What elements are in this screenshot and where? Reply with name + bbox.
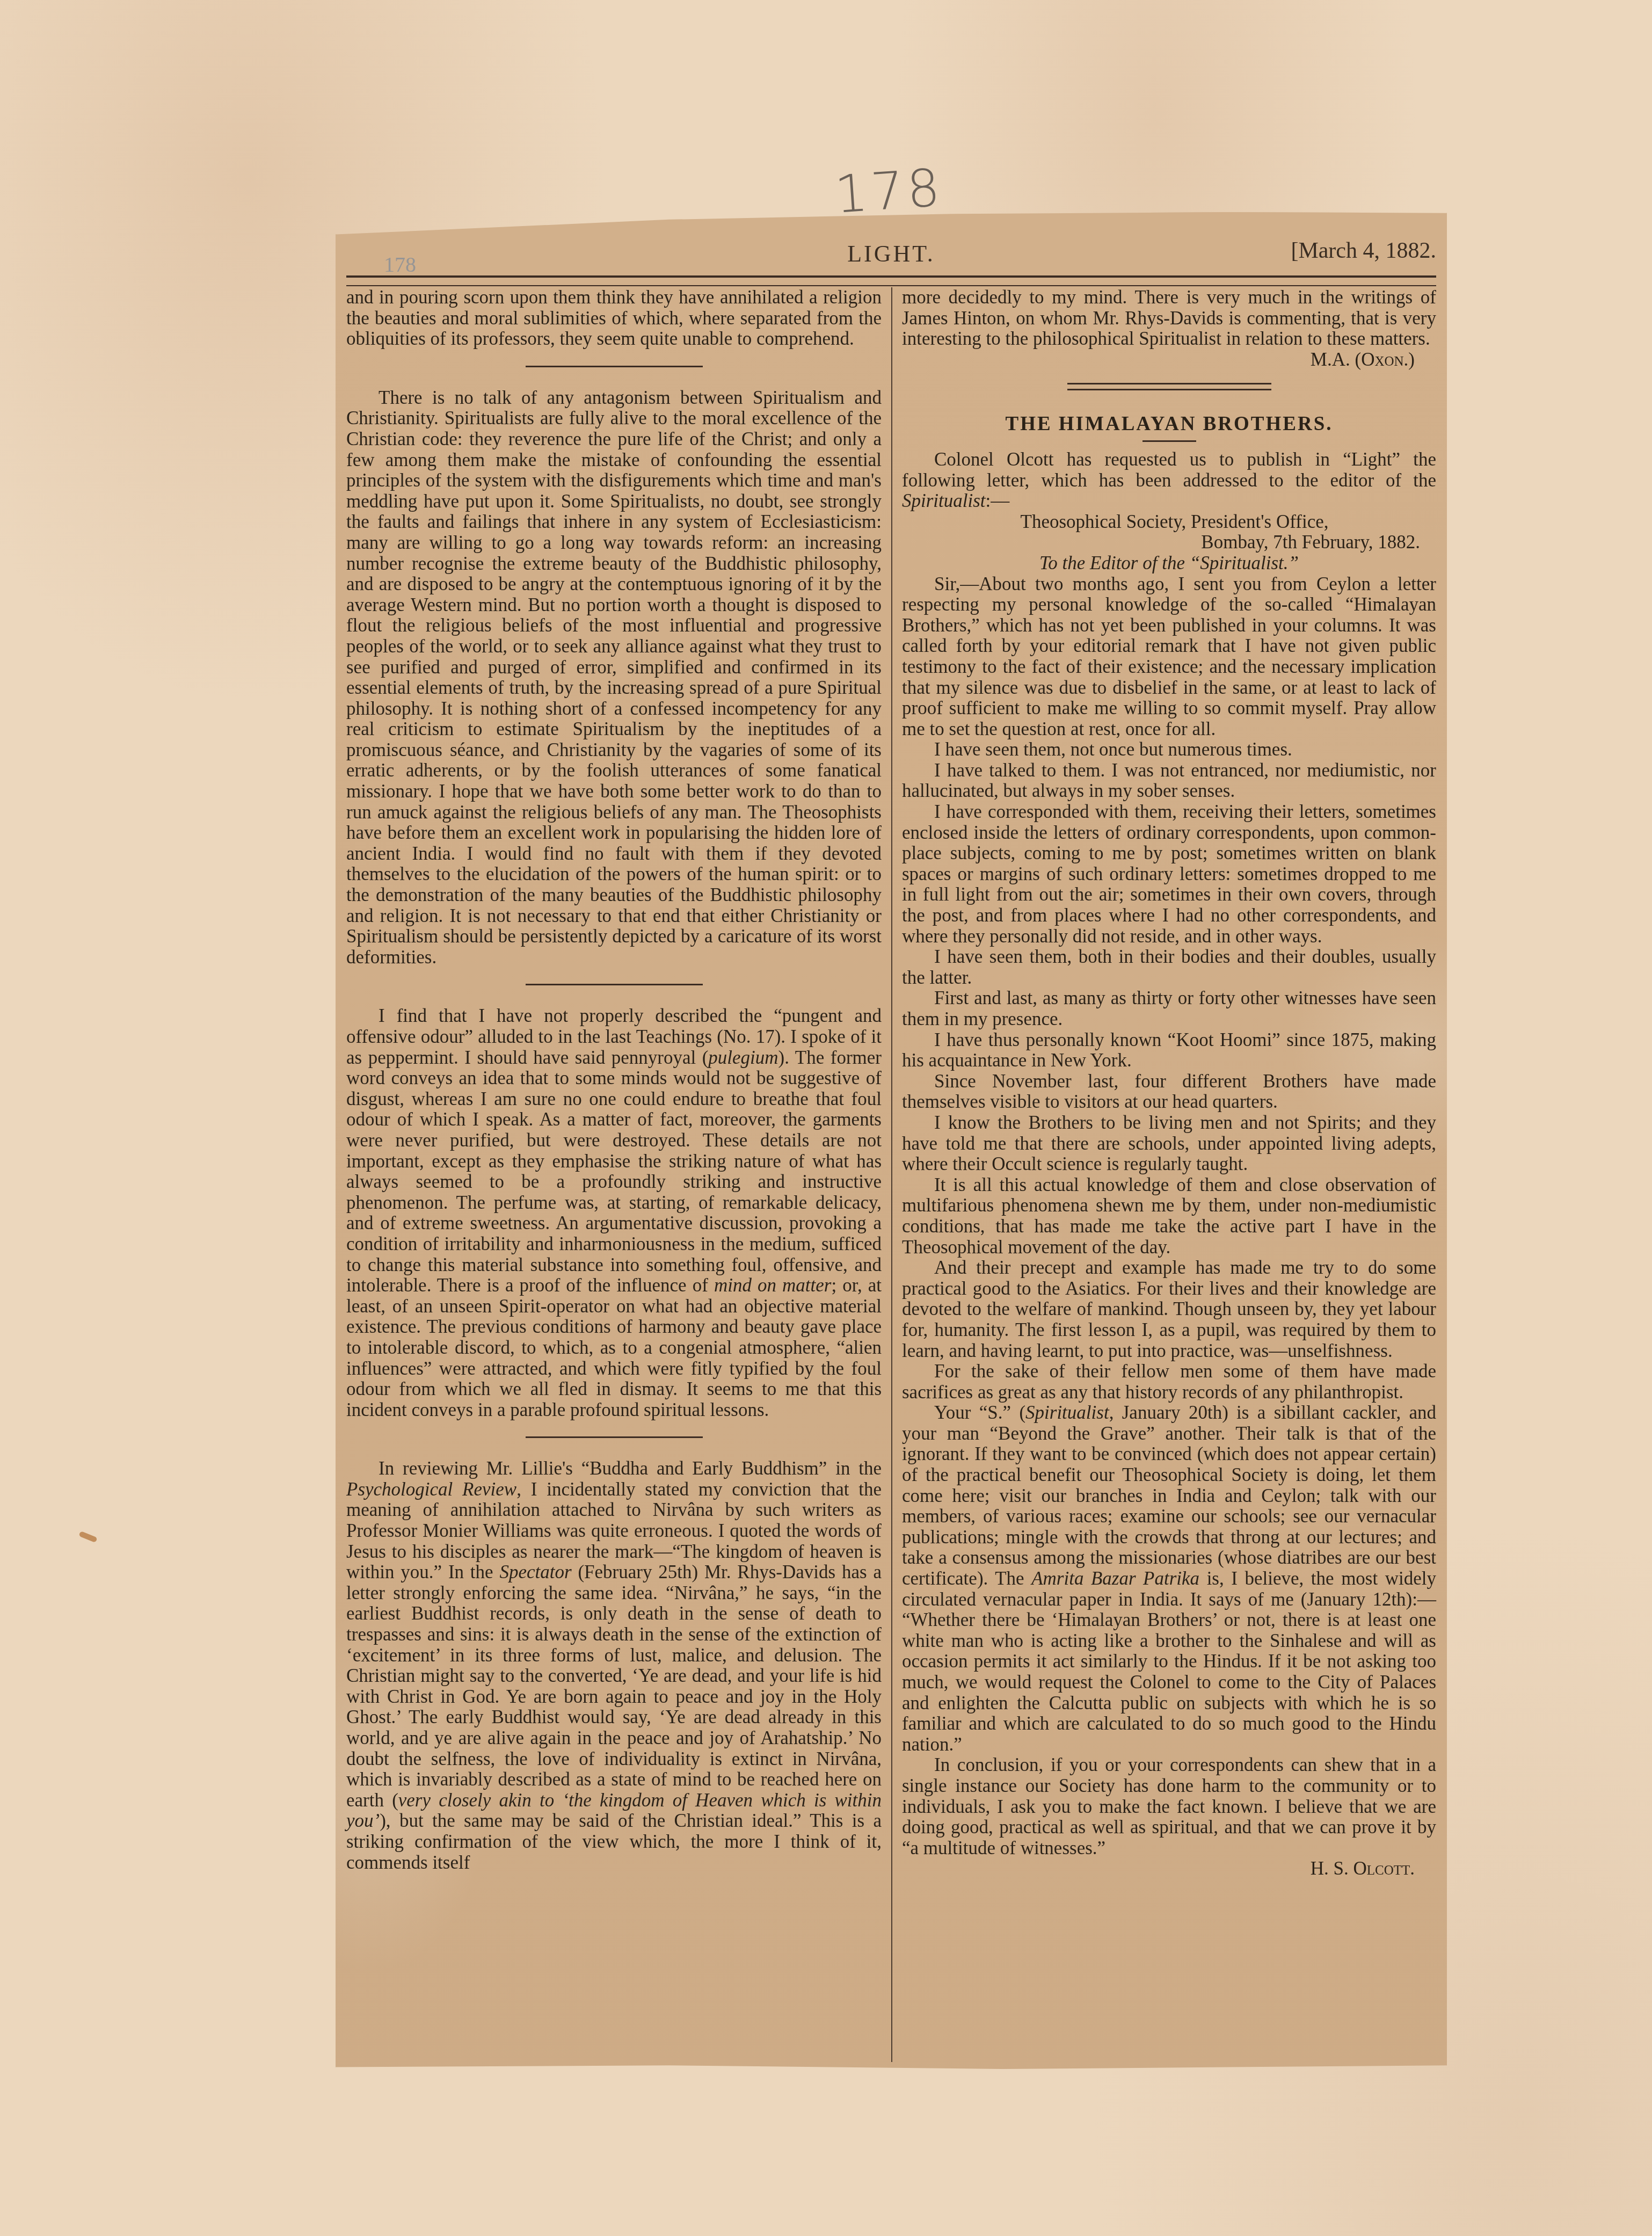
- letter-paragraph: I have seen them, both in their bodies a…: [902, 947, 1436, 988]
- paragraph-odour: I find that I have not properly describe…: [346, 1006, 882, 1420]
- italic-text: pulegium: [708, 1047, 778, 1068]
- letter-paragraph: And their precept and example has made m…: [902, 1258, 1436, 1361]
- italic-text: Psychological Review: [346, 1479, 516, 1500]
- letter-paragraph: First and last, as many as thirty or for…: [902, 988, 1436, 1029]
- article-heading: THE HIMALAYAN BROTHERS.: [902, 414, 1436, 435]
- right-column: more decidedly to my mind. There is very…: [891, 287, 1436, 2062]
- publication-title: LIGHT.: [346, 240, 1436, 267]
- letter-paragraph: I have seen them, not once but numerous …: [902, 739, 1436, 760]
- text-run: ). The former word conveys an idea that …: [346, 1047, 882, 1296]
- text-run: :—: [986, 490, 1010, 511]
- paragraph-nirvana: In reviewing Mr. Lillie's “Buddha and Ea…: [346, 1458, 882, 1873]
- letter-address-line1: Theosophical Society, President's Office…: [902, 512, 1436, 533]
- letter-paragraph: It is all this actual knowledge of them …: [902, 1175, 1436, 1258]
- article-columns: and in pouring scorn upon them think the…: [346, 287, 1436, 2062]
- section-divider: [526, 1436, 703, 1438]
- italic-text: mind on matter: [714, 1275, 832, 1296]
- issue-date: [March 4, 1882.: [1291, 238, 1436, 264]
- letter-paragraph: Sir,—About two months ago, I sent you fr…: [902, 574, 1436, 740]
- italic-text: Spiritualist: [1025, 1402, 1109, 1423]
- letter-address-line2: Bombay, 7th February, 1882.: [902, 532, 1436, 553]
- text-run: Colonel Olcott has requested us to publi…: [902, 449, 1436, 491]
- section-divider: [526, 366, 703, 367]
- paragraph: more decidedly to my mind. There is very…: [902, 287, 1436, 350]
- letter-salutation: To the Editor of the “Spiritualist.”: [902, 553, 1436, 574]
- masthead-rule: [346, 275, 1436, 286]
- letter-paragraph: I know the Brothers to be living men and…: [902, 1113, 1436, 1175]
- heading-rule: [1142, 440, 1196, 442]
- text-run: (February 25th) Mr. Rhys-Davids has a le…: [346, 1562, 882, 1811]
- section-divider: [526, 984, 703, 985]
- paper-stain: [78, 1531, 97, 1543]
- paragraph: There is no talk of any antagonism betwe…: [346, 388, 882, 968]
- letter-signature: H. S. Olcott.: [902, 1859, 1436, 1879]
- text-run: , January 20th) is a sibillant cackler, …: [902, 1402, 1436, 1589]
- left-column: and in pouring scorn upon them think the…: [346, 287, 891, 2062]
- newspaper-clipping: 178 LIGHT. [March 4, 1882. and in pourin…: [336, 212, 1447, 2073]
- letter-paragraph: I have thus personally known “Koot Hoomi…: [902, 1030, 1436, 1071]
- paragraph: and in pouring scorn upon them think the…: [346, 287, 882, 350]
- text-run: Your “S.” (: [934, 1402, 1025, 1423]
- intro-paragraph: Colonel Olcott has requested us to publi…: [902, 449, 1436, 512]
- text-run: is, I believe, the most widely circulate…: [902, 1568, 1436, 1755]
- italic-text: Amrita Bazar Patrika: [1031, 1568, 1199, 1589]
- letter-paragraph: I have corresponded with them, receiving…: [902, 802, 1436, 947]
- letter-paragraph: I have talked to them. I was not entranc…: [902, 760, 1436, 802]
- text-run: ; or, at least, of an unseen Spirit-oper…: [346, 1275, 882, 1420]
- text-run: ), but the same may be said of the Chris…: [346, 1810, 882, 1872]
- letter-conclusion: In conclusion, if you or your correspond…: [902, 1755, 1436, 1859]
- text-run: In reviewing Mr. Lillie's “Buddha and Ea…: [379, 1458, 882, 1479]
- letter-paragraph: For the sake of their fellow men some of…: [902, 1361, 1436, 1403]
- masthead: 178 LIGHT. [March 4, 1882.: [346, 212, 1436, 282]
- letter-paragraph: Since November last, four different Brot…: [902, 1071, 1436, 1113]
- italic-text: Spiritualist: [902, 490, 986, 511]
- section-divider-double: [1067, 383, 1271, 390]
- author-signature: M.A. (Oxon.): [902, 350, 1436, 371]
- letter-paragraph-critics: Your “S.” (Spiritualist, January 20th) i…: [902, 1403, 1436, 1755]
- italic-text: Spectator: [499, 1562, 571, 1582]
